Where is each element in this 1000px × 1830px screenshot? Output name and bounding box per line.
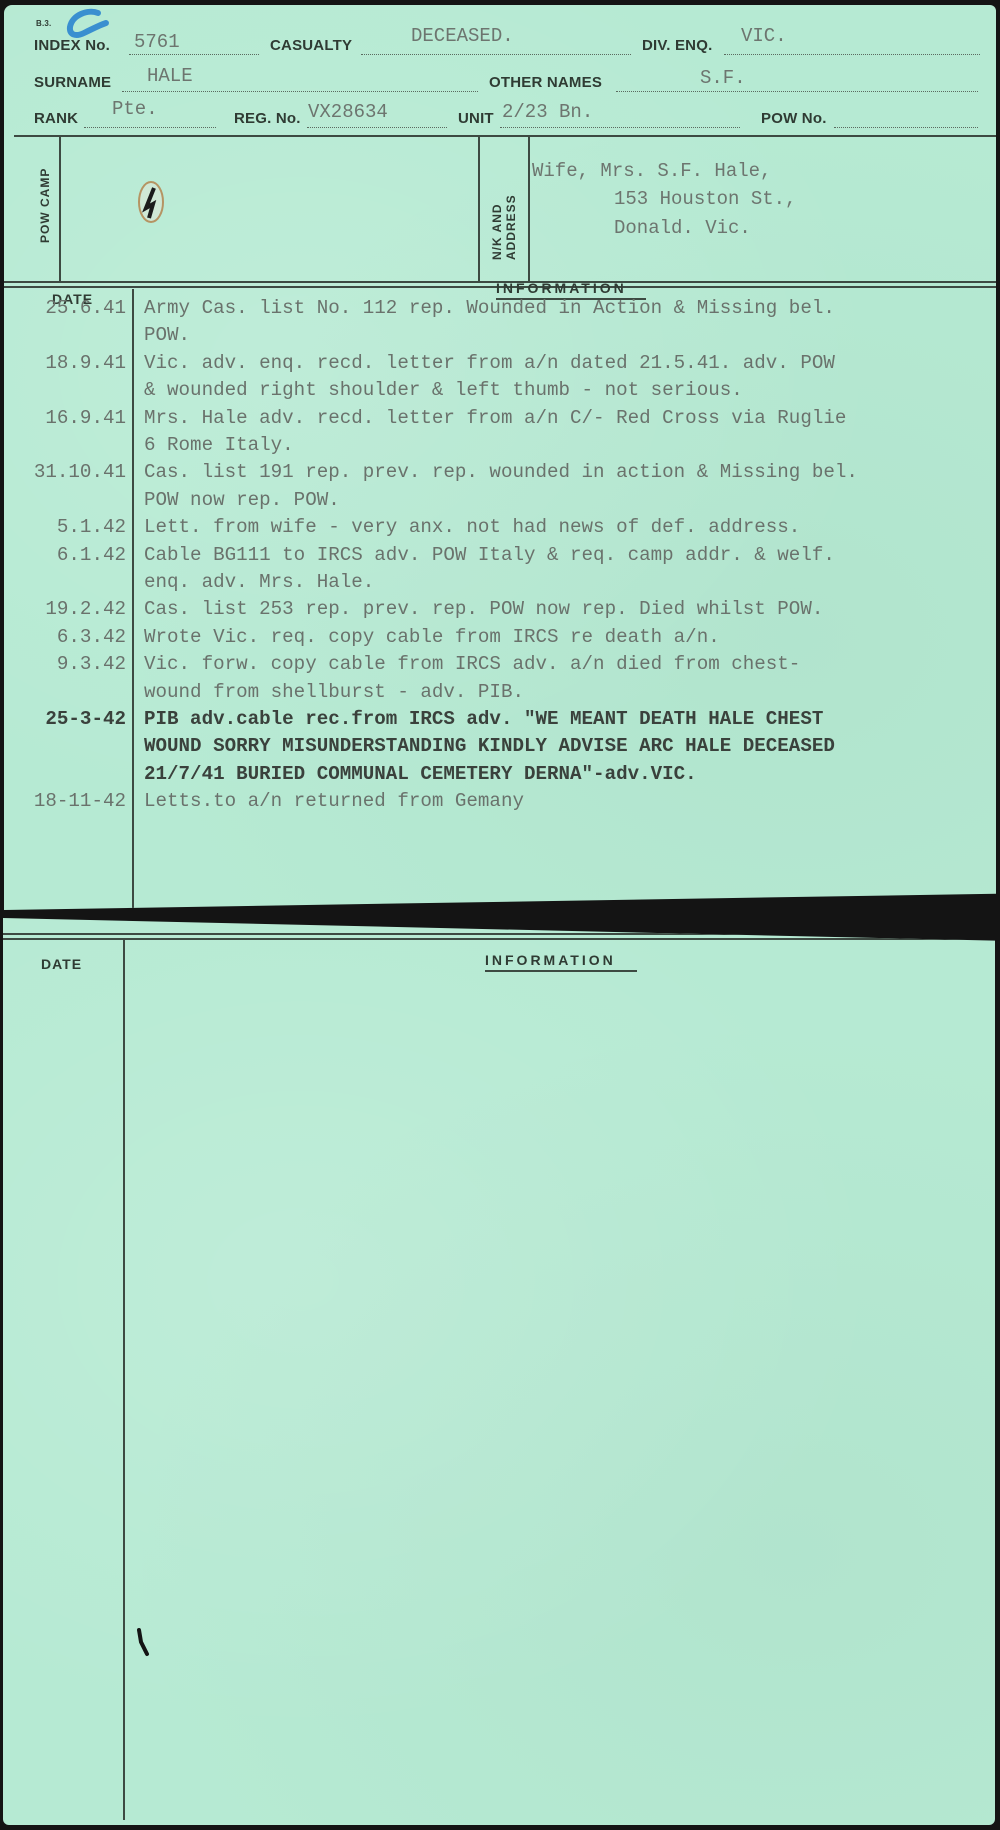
record-card-back: DATE INFORMATION [3, 918, 995, 1825]
log-text: Letts.to a/n returned from Gemany [144, 790, 524, 812]
log-text: wound from shellburst - adv. PIB. [144, 681, 524, 703]
index-value: 5761 [134, 31, 180, 53]
pow-no-label: POW No. [761, 110, 827, 127]
info-header-underline-back [485, 970, 637, 972]
log-date: 18.9.41 [4, 352, 126, 374]
log-text: Vic. forw. copy cable from IRCS adv. a/n… [144, 653, 800, 675]
rank-value: Pte. [112, 98, 158, 120]
surname-value: HALE [147, 65, 193, 87]
log-text: Wrote Vic. req. copy cable from IRCS re … [144, 626, 720, 648]
unit-label: UNIT [458, 110, 494, 127]
pow-camp-divider [59, 135, 61, 283]
log-text: Vic. adv. enq. recd. letter from a/n dat… [144, 352, 835, 374]
log-text: 6 Rome Italy. [144, 434, 294, 456]
log-text: Mrs. Hale adv. recd. letter from a/n C/-… [144, 407, 846, 429]
ink-mark-icon [135, 1628, 151, 1658]
log-date-divider [132, 289, 134, 909]
casualty-field-line [361, 54, 631, 55]
nok-address-line-3: Donald. Vic. [614, 217, 751, 239]
log-text: POW now rep. POW. [144, 489, 340, 511]
other-names-field-line [616, 91, 978, 92]
pow-camp-label: POW CAMP [38, 168, 52, 243]
rank-label: RANK [34, 110, 78, 127]
other-names-label: OTHER NAMES [489, 74, 602, 91]
ink-stain-icon [134, 178, 168, 228]
nok-label-divider-right [528, 135, 530, 283]
reg-no-field-line [307, 127, 447, 128]
log-date: 9.3.42 [4, 653, 126, 675]
nok-address-line-1: Wife, Mrs. S.F. Hale, [532, 160, 771, 182]
log-text: Cable BG111 to IRCS adv. POW Italy & req… [144, 544, 835, 566]
reg-no-label: REG. No. [234, 110, 301, 127]
casualty-value: DECEASED. [411, 25, 514, 47]
nok-address-line-2: 153 Houston St., [614, 188, 796, 210]
log-date-header-back: DATE [41, 956, 82, 972]
log-text: Cas. list 191 rep. prev. rep. wounded in… [144, 461, 858, 483]
log-date: 18-11-42 [4, 790, 126, 812]
log-date-divider-back [123, 940, 125, 1820]
log-date: 25.6.41 [4, 297, 126, 319]
unit-field-line [500, 127, 740, 128]
log-text: 21/7/41 BURIED COMMUNAL CEMETERY DERNA"-… [144, 763, 697, 785]
div-enq-value: VIC. [741, 25, 787, 47]
log-double-rule-bottom [3, 938, 995, 940]
unit-value: 2/23 Bn. [502, 101, 593, 123]
div-enq-label: DIV. ENQ. [642, 37, 712, 54]
index-field-line [129, 54, 259, 55]
log-text: Cas. list 253 rep. prev. rep. POW now re… [144, 598, 823, 620]
log-text: Lett. from wife - very anx. not had news… [144, 516, 800, 538]
nok-label-divider-left [478, 135, 480, 283]
log-text: POW. [144, 324, 190, 346]
log-info-header: INFORMATION [496, 280, 627, 296]
log-text: & wounded right shoulder & left thumb - … [144, 379, 743, 401]
log-date: 19.2.42 [4, 598, 126, 620]
log-text: enq. adv. Mrs. Hale. [144, 571, 374, 593]
log-text: Army Cas. list No. 112 rep. Wounded in A… [144, 297, 835, 319]
form-code: B.3. [36, 19, 51, 28]
log-double-rule-top [3, 933, 995, 935]
index-label: INDEX No. [34, 37, 110, 54]
header-rule [14, 135, 996, 137]
nok-label-line1: N/K AND [490, 203, 504, 260]
log-info-header-back: INFORMATION [485, 952, 616, 968]
log-text: WOUND SORRY MISUNDERSTANDING KINDLY ADVI… [144, 735, 835, 757]
log-date: 5.1.42 [4, 516, 126, 538]
record-card-front: B.3. INDEX No. 5761 CASUALTY DECEASED. D… [4, 5, 996, 910]
nok-label-line2: ADDRESS [504, 194, 518, 260]
pow-no-field-line [834, 127, 978, 128]
surname-field-line [122, 91, 478, 92]
div-enq-field-line [724, 54, 980, 55]
other-names-value: S.F. [700, 67, 746, 89]
log-date: 6.1.42 [4, 544, 126, 566]
rank-field-line [84, 127, 216, 128]
log-date: 31.10.41 [4, 461, 126, 483]
surname-label: SURNAME [34, 74, 111, 91]
log-date: 25-3-42 [4, 708, 126, 730]
log-date: 16.9.41 [4, 407, 126, 429]
reg-no-value: VX28634 [308, 101, 388, 123]
log-text: PIB adv.cable rec.from IRCS adv. "WE MEA… [144, 708, 823, 730]
casualty-label: CASUALTY [270, 37, 352, 54]
log-date: 6.3.42 [4, 626, 126, 648]
